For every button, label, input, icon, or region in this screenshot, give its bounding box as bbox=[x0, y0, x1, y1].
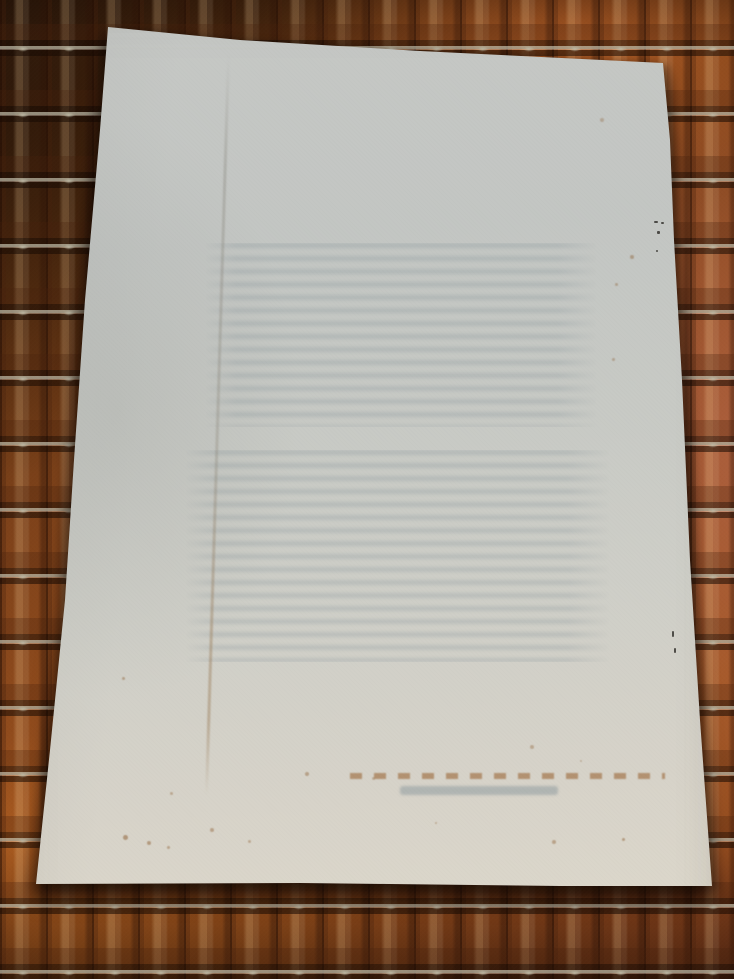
foxing-stain bbox=[612, 358, 615, 361]
foxing-stain bbox=[615, 283, 618, 286]
paper-drop-shadow bbox=[0, 0, 734, 979]
foxing-stain bbox=[123, 835, 128, 840]
foxing-stain bbox=[122, 677, 125, 680]
foxing-stain bbox=[167, 846, 170, 849]
ink-mark bbox=[674, 648, 676, 653]
ink-mark bbox=[657, 231, 660, 234]
foxing-stain bbox=[435, 822, 437, 824]
paper-sheet bbox=[0, 0, 734, 979]
rust-dash-line bbox=[350, 773, 665, 779]
crease-line bbox=[205, 55, 230, 795]
photo-scene bbox=[0, 0, 734, 979]
ink-mark bbox=[661, 222, 664, 224]
foxing-stain bbox=[580, 760, 582, 762]
foxing-stain bbox=[552, 840, 556, 844]
foxing-stain bbox=[600, 118, 604, 122]
showthrough-text-block bbox=[185, 450, 610, 662]
showthrough-text-block bbox=[205, 243, 597, 427]
foxing-stain bbox=[248, 840, 251, 843]
foxing-stain bbox=[170, 792, 173, 795]
foxing-stain bbox=[530, 745, 534, 749]
foxing-stain bbox=[210, 828, 214, 832]
foxing-stain bbox=[147, 841, 151, 845]
foxing-stain bbox=[305, 772, 309, 776]
showthrough-text-line bbox=[400, 786, 558, 795]
foxing-stain bbox=[622, 838, 625, 841]
ink-mark bbox=[654, 221, 658, 223]
ink-mark bbox=[656, 250, 658, 252]
ink-mark bbox=[672, 631, 674, 637]
foxing-stain bbox=[372, 777, 375, 780]
foxing-stain bbox=[630, 255, 634, 259]
